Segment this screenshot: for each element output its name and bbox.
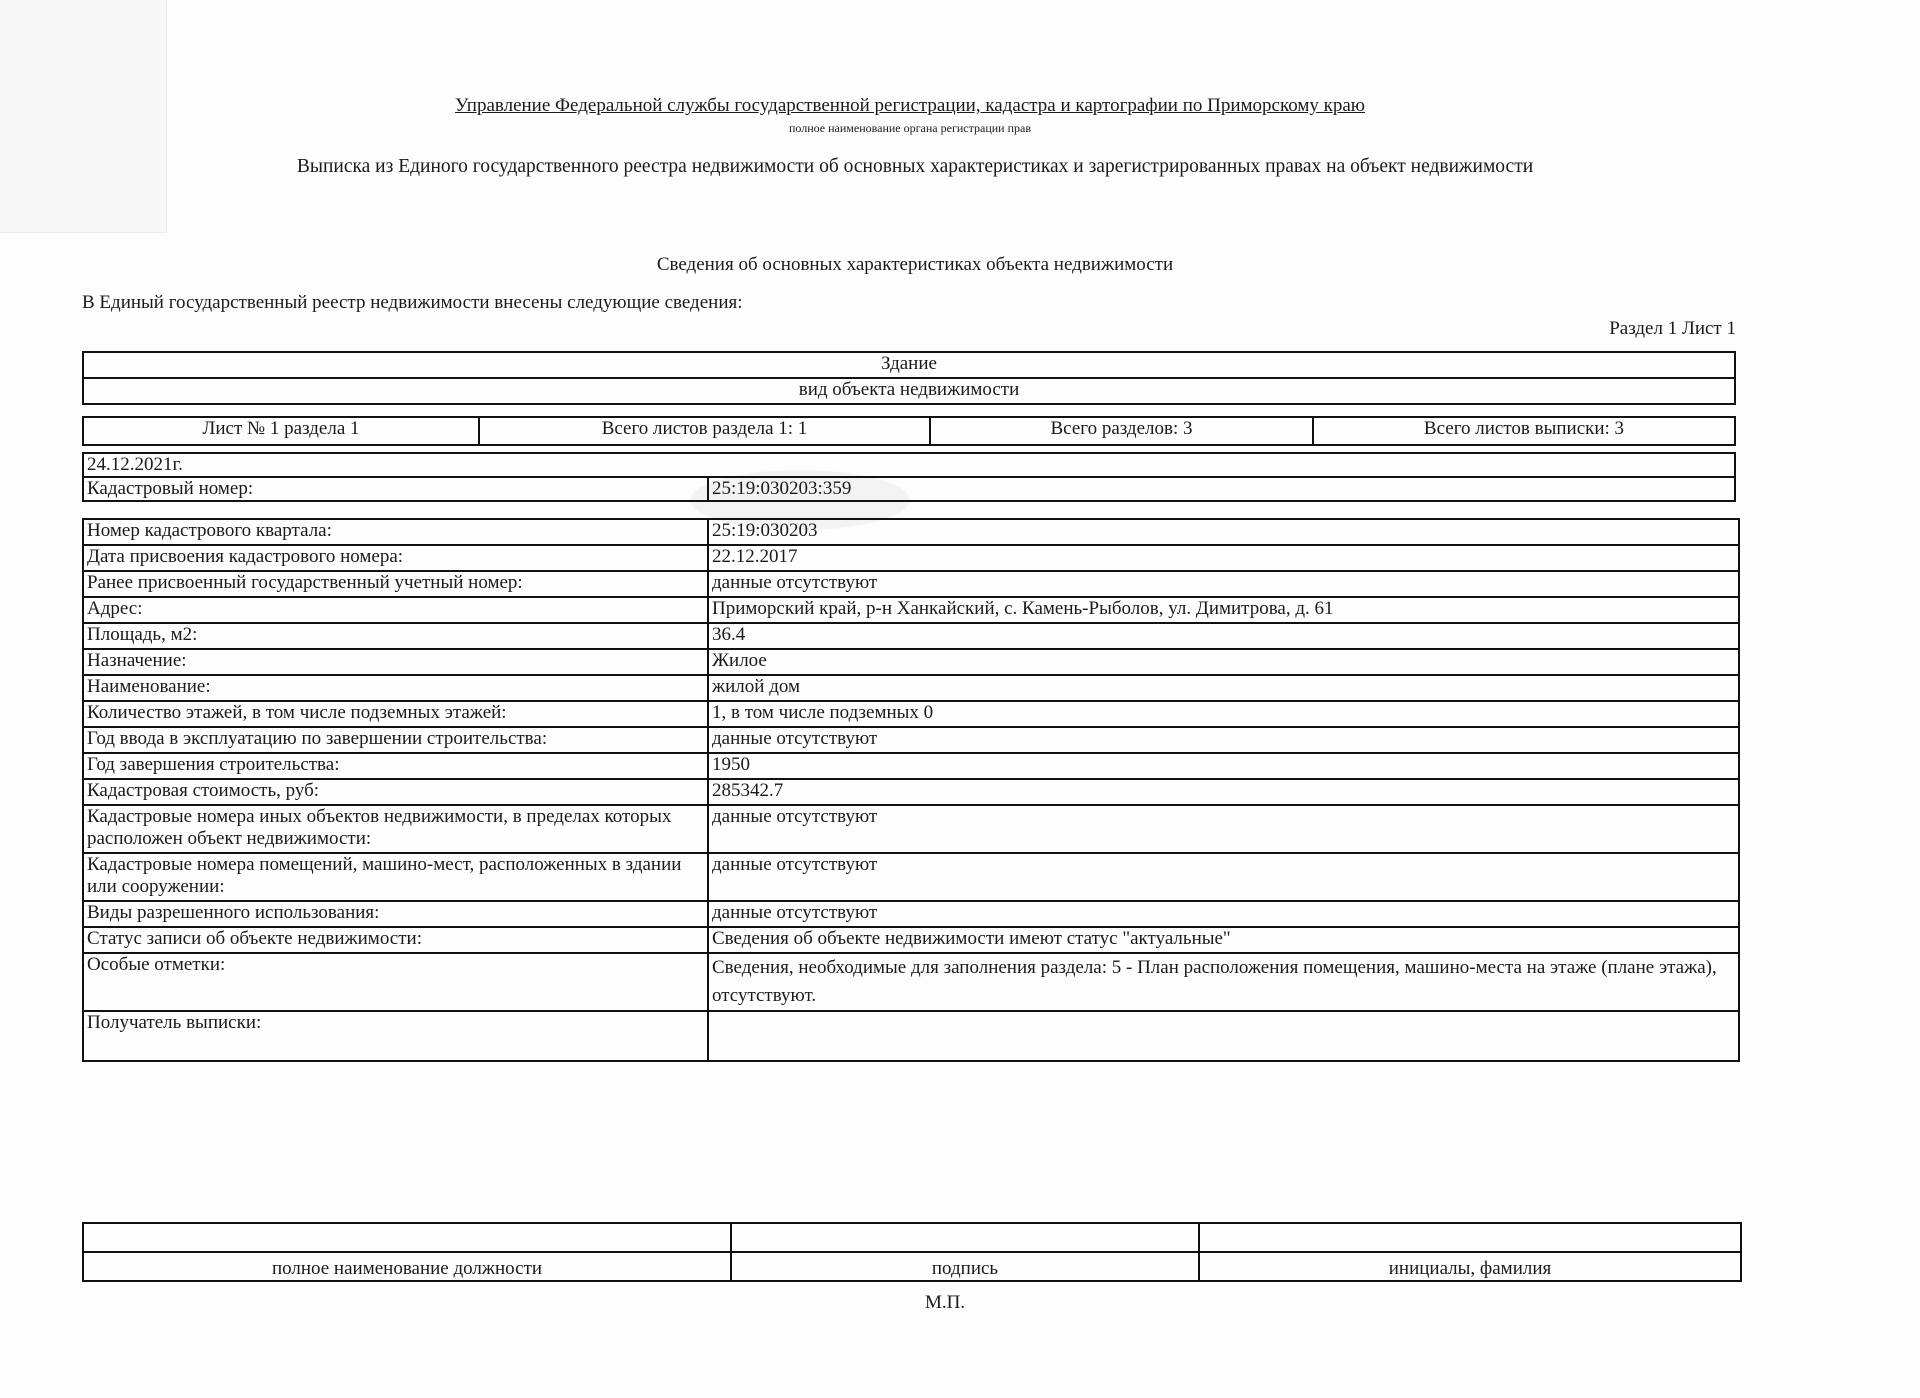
table-row: Кадастровые номера иных объектов недвижи… xyxy=(83,805,1739,853)
table-row: Год ввода в эксплуатацию по завершении с… xyxy=(83,727,1739,753)
signature-table: полное наименование должности подпись ин… xyxy=(82,1222,1742,1282)
property-label: Наименование: xyxy=(83,675,708,701)
property-label: Статус записи об объекте недвижимости: xyxy=(83,927,708,953)
signature-caption: подпись xyxy=(731,1252,1199,1281)
name-caption: инициалы, фамилия xyxy=(1199,1252,1741,1281)
table-row: Кадастровые номера помещений, машино-мес… xyxy=(83,853,1739,901)
sheet-info-table: Лист № 1 раздела 1 Всего листов раздела … xyxy=(82,416,1736,446)
property-label: Получатель выписки: xyxy=(83,1011,708,1061)
table-row: Площадь, м2:36.4 xyxy=(83,623,1739,649)
table-row: Количество этажей, в том числе подземных… xyxy=(83,701,1739,727)
table-row: Год завершения строительства:1950 xyxy=(83,753,1739,779)
table-row: Дата присвоения кадастрового номера:22.1… xyxy=(83,545,1739,571)
recipient-value-redacted xyxy=(708,1011,1739,1061)
stamp-label: М.П. xyxy=(0,1292,1890,1314)
sheet-reference: Раздел 1 Лист 1 xyxy=(1580,318,1736,340)
name-blank xyxy=(1199,1223,1741,1252)
property-value: жилой дом xyxy=(708,675,1739,701)
cadastral-number-value: 25:19:030203:359 xyxy=(708,477,1735,501)
position-caption: полное наименование должности xyxy=(83,1252,731,1281)
sheet-number: Лист № 1 раздела 1 xyxy=(83,417,479,445)
properties-table: Номер кадастрового квартала:25:19:030203… xyxy=(82,518,1740,1062)
property-label: Кадастровые номера помещений, машино-мес… xyxy=(83,853,708,901)
agency-name: Управление Федеральной службы государств… xyxy=(0,95,1820,117)
property-value: 36.4 xyxy=(708,623,1739,649)
date-table: 24.12.2021г. Кадастровый номер: 25:19:03… xyxy=(82,452,1736,502)
property-value: 1950 xyxy=(708,753,1739,779)
property-value: Жилое xyxy=(708,649,1739,675)
table-row: Номер кадастрового квартала:25:19:030203 xyxy=(83,519,1739,545)
table-row: Ранее присвоенный государственный учетны… xyxy=(83,571,1739,597)
position-blank xyxy=(83,1223,731,1252)
property-label: Номер кадастрового квартала: xyxy=(83,519,708,545)
property-value: данные отсутствуют xyxy=(708,805,1739,853)
property-value: данные отсутствуют xyxy=(708,571,1739,597)
table-row: Статус записи об объекте недвижимости:Св… xyxy=(83,927,1739,953)
table-row: Наименование:жилой дом xyxy=(83,675,1739,701)
property-value: данные отсутствуют xyxy=(708,853,1739,901)
property-label: Год завершения строительства: xyxy=(83,753,708,779)
property-value: Приморский край, р-н Ханкайский, с. Каме… xyxy=(708,597,1739,623)
extract-date: 24.12.2021г. xyxy=(83,453,1735,477)
property-value: данные отсутствуют xyxy=(708,901,1739,927)
agency-caption: полное наименование органа регистрации п… xyxy=(0,121,1820,136)
section-title: Сведения об основных характеристиках объ… xyxy=(0,254,1830,276)
property-label: Ранее присвоенный государственный учетны… xyxy=(83,571,708,597)
table-row: Виды разрешенного использования:данные о… xyxy=(83,901,1739,927)
property-value: данные отсутствуют xyxy=(708,727,1739,753)
property-label: Кадастровая стоимость, руб: xyxy=(83,779,708,805)
table-row: Кадастровая стоимость, руб:285342.7 xyxy=(83,779,1739,805)
property-label: Кадастровые номера иных объектов недвижи… xyxy=(83,805,708,853)
property-label: Дата присвоения кадастрового номера: xyxy=(83,545,708,571)
property-value: 22.12.2017 xyxy=(708,545,1739,571)
cadastral-number-label: Кадастровый номер: xyxy=(83,477,708,501)
object-kind-caption: вид объекта недвижимости xyxy=(83,378,1735,404)
property-label: Адрес: xyxy=(83,597,708,623)
property-value: Сведения об объекте недвижимости имеют с… xyxy=(708,927,1739,953)
section-count: Всего разделов: 3 xyxy=(930,417,1313,445)
table-row: Назначение:Жилое xyxy=(83,649,1739,675)
section-sheet-count: Всего листов раздела 1: 1 xyxy=(479,417,930,445)
property-value: 25:19:030203 xyxy=(708,519,1739,545)
property-label: Площадь, м2: xyxy=(83,623,708,649)
table-row: Получатель выписки: xyxy=(83,1011,1739,1061)
property-label: Виды разрешенного использования: xyxy=(83,901,708,927)
object-kind-value: Здание xyxy=(83,352,1735,378)
property-value: 1, в том числе подземных 0 xyxy=(708,701,1739,727)
object-kind-table: Здание вид объекта недвижимости xyxy=(82,351,1736,405)
extract-sheet-count: Всего листов выписки: 3 xyxy=(1313,417,1735,445)
document-title: Выписка из Единого государственного реес… xyxy=(0,156,1830,178)
property-value: Сведения, необходимые для заполнения раз… xyxy=(708,953,1739,1011)
property-label: Количество этажей, в том числе подземных… xyxy=(83,701,708,727)
table-row: Адрес:Приморский край, р-н Ханкайский, с… xyxy=(83,597,1739,623)
table-row: Особые отметки:Сведения, необходимые для… xyxy=(83,953,1739,1011)
property-label: Год ввода в эксплуатацию по завершении с… xyxy=(83,727,708,753)
property-label: Назначение: xyxy=(83,649,708,675)
property-label: Особые отметки: xyxy=(83,953,708,1011)
intro-text: В Единый государственный реестр недвижим… xyxy=(82,292,743,314)
signature-blank xyxy=(731,1223,1199,1252)
property-value: 285342.7 xyxy=(708,779,1739,805)
